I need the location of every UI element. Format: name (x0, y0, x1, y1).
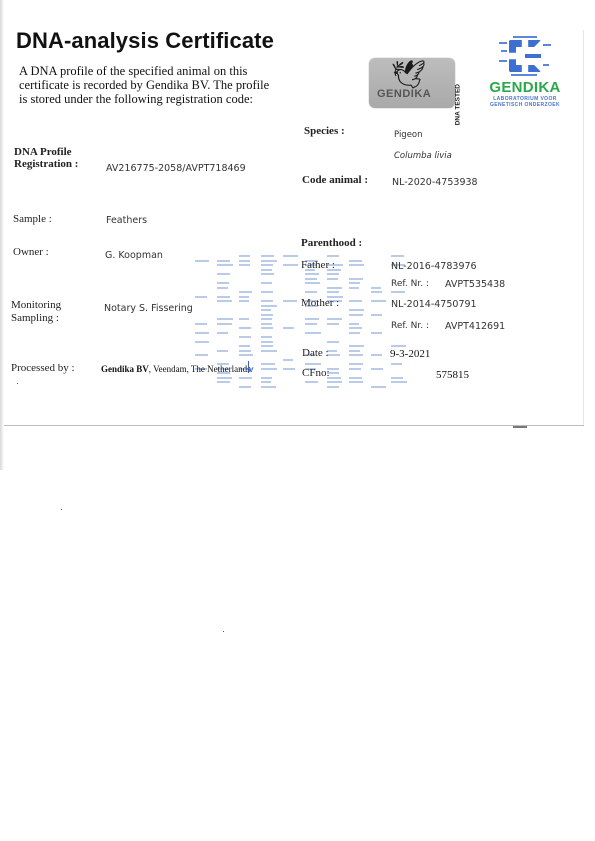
date-label: Date : (302, 347, 329, 359)
registration-value: AV216775-2058/AVPT718469 (106, 163, 246, 174)
processed-value: Gendika BV, Veendam, The Netherlands (101, 364, 251, 374)
gendika-logo: GENDIKA LABORATORIUM VOOR GENETISCH ONDE… (487, 36, 563, 120)
certificate-border-bottom (4, 425, 584, 426)
processed-label: Processed by : (11, 362, 75, 374)
species-common: Pigeon (394, 130, 423, 140)
registration-label-2: Registration : (14, 158, 78, 170)
monitoring-value: Notary S. Fissering (104, 303, 193, 314)
sample-value: Feathers (106, 215, 147, 226)
species-label: Species : (304, 125, 345, 137)
logo-subtitle-2: GENETISCH ONDERZOEK (487, 102, 563, 108)
father-ref-label: Ref. Nr. : (391, 279, 429, 289)
owner-label: Owner : (13, 246, 49, 258)
scan-speck (223, 631, 224, 632)
code-animal-label: Code animal : (302, 174, 368, 186)
monitoring-label-2: Sampling : (11, 312, 59, 324)
date-value: 9-3-2021 (390, 348, 430, 360)
father-value: NL-2016-4783976 (391, 261, 477, 272)
mother-ref-label: Ref. Nr. : (391, 321, 429, 331)
badge-dna-tested: DNA TESTED (454, 84, 461, 125)
dna-tested-badge: 🕊︎ GENDIKA DNA TESTED (369, 58, 455, 108)
certificate-title: DNA-analysis Certificate (16, 28, 274, 54)
father-label: Father : (301, 259, 335, 271)
mother-label: Mother : (301, 297, 339, 309)
scan-edge (0, 0, 4, 470)
processed-company: Gendika BV (101, 364, 149, 374)
processed-location: , Veendam, The Netherlands (149, 364, 251, 374)
cfno-value: 575815 (436, 369, 469, 381)
registration-label-1: DNA Profile (14, 146, 72, 158)
g-logo-icon (499, 36, 551, 76)
cfno-label: CFno: (302, 367, 330, 379)
text-cursor-mark: v (249, 364, 254, 374)
certificate-border-right (583, 30, 584, 426)
badge-brand: GENDIKA (377, 88, 431, 100)
parenthood-label: Parenthood : (301, 237, 362, 249)
mother-ref-value: AVPT412691 (445, 321, 505, 332)
sample-label: Sample : (13, 213, 52, 225)
owner-value: G. Koopman (105, 250, 163, 261)
scan-speck (61, 509, 62, 510)
code-animal-value: NL-2020-4753938 (392, 177, 478, 188)
bird-icon: 🕊︎ (391, 61, 427, 91)
species-latin: Columba livia (394, 151, 452, 161)
scan-speck (17, 383, 18, 384)
father-ref-value: AVPT535438 (445, 279, 505, 290)
intro-text: A DNA profile of the specified animal on… (19, 64, 279, 106)
monitoring-label-1: Monitoring (11, 299, 61, 311)
scan-mark (513, 426, 527, 428)
mother-value: NL-2014-4750791 (391, 299, 477, 310)
logo-name: GENDIKA (487, 79, 563, 96)
